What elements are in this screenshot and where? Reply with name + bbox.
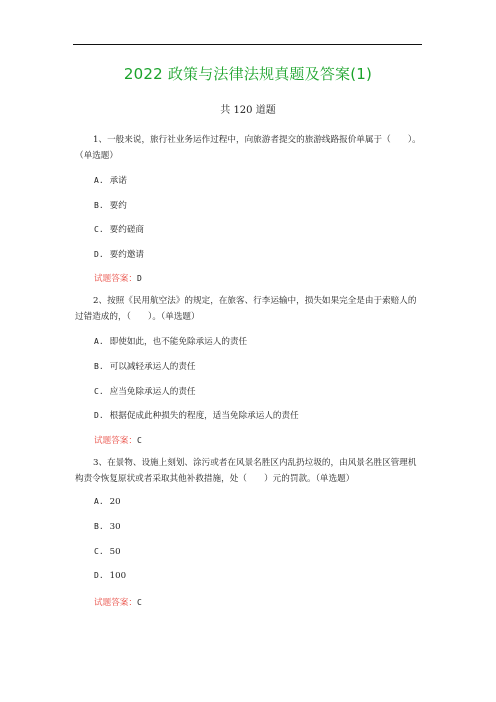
question-3-option-b: B.30 bbox=[94, 522, 121, 532]
question-1-option-d: D.要约邀请 bbox=[94, 248, 144, 260]
question-3-answer: 试题答案：C bbox=[94, 596, 142, 608]
document-title: 2022 政策与法律法规真题及答案(1) bbox=[0, 63, 496, 84]
question-3-option-d: D.100 bbox=[94, 571, 126, 581]
question-3-stem: 3、在景物、设施上刻划、涂污或者在风景名胜区内乱扔垃圾的，由风景名胜区管理机 构… bbox=[75, 455, 425, 487]
question-number: 2、 bbox=[93, 296, 107, 306]
question-1-option-a: A.承诺 bbox=[94, 174, 127, 186]
question-text-cont: （单选题） bbox=[75, 148, 425, 164]
question-1-option-c: C.要约磋商 bbox=[94, 223, 144, 235]
question-2-answer: 试题答案：C bbox=[94, 434, 142, 446]
question-2-option-c: C.应当免除承运人的责任 bbox=[94, 385, 196, 397]
question-2-stem: 2、按照《民用航空法》的规定，在旅客、行李运输中，损失如果完全是由于索赔人的 过… bbox=[75, 293, 425, 325]
question-text: 按照《民用航空法》的规定，在旅客、行李运输中，损失如果完全是由于索赔人的 bbox=[107, 296, 416, 306]
question-1-answer: 试题答案：D bbox=[94, 272, 142, 284]
question-text: 一般来说，旅行社业务运作过程中，向旅游者提交的旅游线路报价单属于（ ）。 bbox=[107, 135, 421, 145]
question-2-option-a: A.即使如此，也不能免除承运人的责任 bbox=[94, 335, 247, 347]
question-1-option-b: B.要约 bbox=[94, 199, 127, 211]
question-2-option-b: B.可以减轻承运人的责任 bbox=[94, 360, 196, 372]
question-2-option-d: D.根据促成此种损失的程度，适当免除承运人的责任 bbox=[94, 409, 299, 421]
question-count: 共 120 道题 bbox=[0, 101, 496, 116]
question-3-option-c: C.50 bbox=[94, 547, 121, 557]
header-rule bbox=[73, 44, 422, 45]
question-number: 1、 bbox=[93, 135, 107, 145]
question-3-option-a: A.20 bbox=[94, 497, 121, 507]
question-number: 3、 bbox=[93, 458, 107, 468]
question-1-stem: 1、一般来说，旅行社业务运作过程中，向旅游者提交的旅游线路报价单属于（ ）。 （… bbox=[75, 132, 425, 164]
question-text-cont: 过错造成的，（ ）。（单选题） bbox=[75, 309, 425, 325]
question-text-cont: 构责令恢复原状或者采取其他补救措施，处（ ）元的罚款。（单选题） bbox=[75, 471, 425, 487]
question-text: 在景物、设施上刻划、涂污或者在风景名胜区内乱扔垃圾的，由风景名胜区管理机 bbox=[107, 458, 416, 468]
